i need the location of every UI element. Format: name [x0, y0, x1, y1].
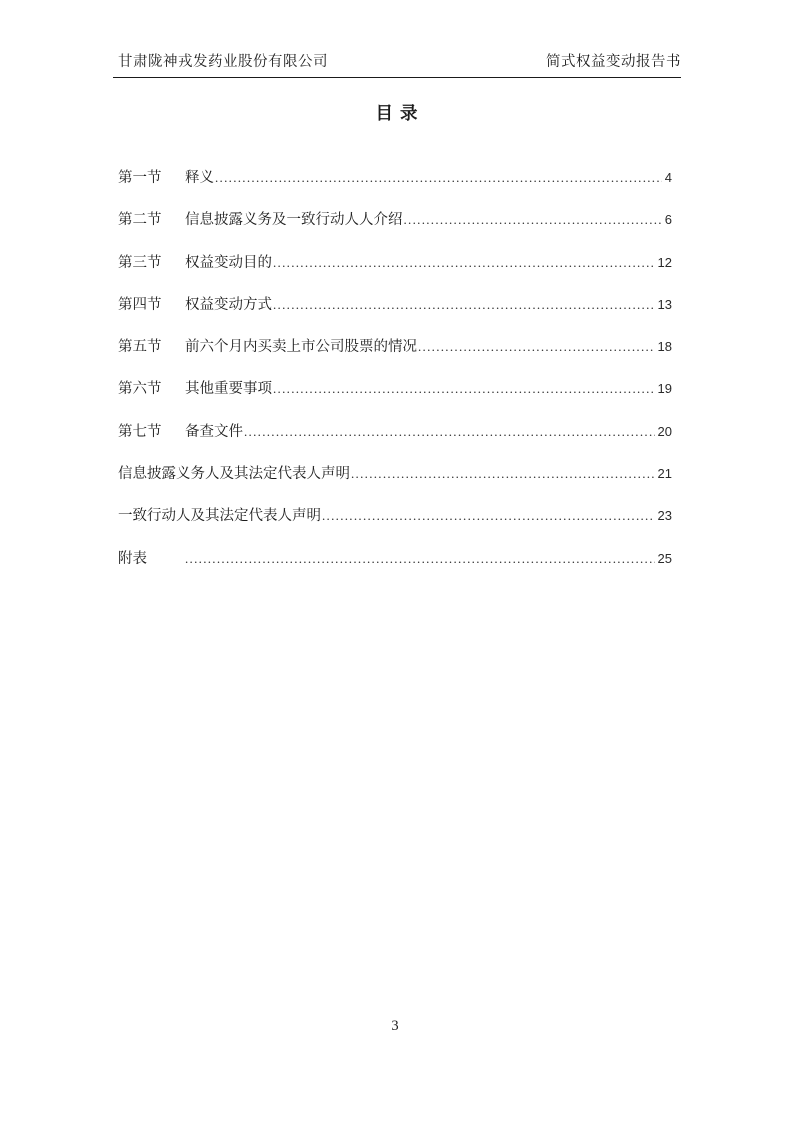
page-title: 目录 [0, 100, 793, 125]
toc-entry-label: 第四节 [118, 295, 185, 315]
footer-page-number: 3 [118, 1018, 672, 1035]
toc-entry: 第三节 权益变动目的 12 [118, 253, 672, 295]
toc-entry-label: 附表 [118, 549, 185, 569]
toc-entry: 第四节 权益变动方式 13 [118, 295, 672, 337]
toc-entry-title: 释义 [185, 168, 215, 188]
toc-entry-label: 第一节 [118, 168, 185, 188]
toc-entry: 第一节 释义 4 [118, 168, 672, 210]
toc-entry-title: 一致行动人及其法定代表人声明 [118, 506, 322, 526]
toc-entry-page: 20 [655, 422, 672, 442]
toc-entry: 第二节 信息披露义务及一致行动人人介绍 6 [118, 210, 672, 252]
document-page: 甘肃陇神戎发药业股份有限公司 简式权益变动报告书 目录 第一节 释义 4 第二节… [0, 0, 793, 1122]
toc-list: 第一节 释义 4 第二节 信息披露义务及一致行动人人介绍 6 第三节 权益变动目… [118, 168, 672, 591]
toc-entry-label: 第三节 [118, 253, 185, 273]
toc-entry-page: 19 [655, 379, 672, 399]
toc-entry-label: 第六节 [118, 379, 185, 399]
toc-entry: 信息披露义务人及其法定代表人声明 21 [118, 464, 672, 506]
toc-entry-title: 权益变动目的 [185, 253, 273, 273]
dot-leader [404, 210, 662, 230]
toc-entry-title: 信息披露义务人及其法定代表人声明 [118, 464, 351, 484]
toc-entry-page: 23 [655, 506, 672, 526]
toc-entry-label: 第七节 [118, 422, 185, 442]
header-report-title: 简式权益变动报告书 [546, 50, 681, 71]
toc-entry-page: 6 [662, 210, 672, 230]
dot-leader [273, 253, 655, 273]
dot-leader [351, 464, 655, 484]
toc-entry-title: 备查文件 [185, 422, 244, 442]
toc-entry-page: 21 [655, 464, 672, 484]
toc-entry: 第五节 前六个月内买卖上市公司股票的情况 18 [118, 337, 672, 379]
toc-entry-title: 权益变动方式 [185, 295, 273, 315]
dot-leader [185, 549, 655, 569]
toc-entry-page: 18 [655, 337, 672, 357]
toc-entry: 第六节 其他重要事项 19 [118, 379, 672, 421]
dot-leader [418, 337, 655, 357]
toc-entry-title: 信息披露义务及一致行动人人介绍 [185, 210, 404, 230]
dot-leader [273, 379, 655, 399]
toc-entry-page: 25 [655, 549, 672, 569]
dot-leader [322, 506, 655, 526]
page-header: 甘肃陇神戎发药业股份有限公司 简式权益变动报告书 [113, 50, 681, 78]
toc-entry-page: 12 [655, 253, 672, 273]
page-header-row: 甘肃陇神戎发药业股份有限公司 简式权益变动报告书 [113, 50, 681, 71]
header-company-name: 甘肃陇神戎发药业股份有限公司 [118, 50, 328, 71]
toc-entry-label: 第五节 [118, 337, 185, 357]
toc-entry-page: 4 [662, 168, 672, 188]
toc-entry: 一致行动人及其法定代表人声明 23 [118, 506, 672, 548]
dot-leader [273, 295, 655, 315]
toc-entry-title: 其他重要事项 [185, 379, 273, 399]
toc-entry-title: 前六个月内买卖上市公司股票的情况 [185, 337, 418, 357]
toc-entry: 第七节 备查文件 20 [118, 422, 672, 464]
toc-entry-label: 第二节 [118, 210, 185, 230]
dot-leader [215, 168, 662, 188]
dot-leader [244, 422, 655, 442]
toc-entry: 附表 25 [118, 549, 672, 591]
toc-entry-page: 13 [655, 295, 672, 315]
